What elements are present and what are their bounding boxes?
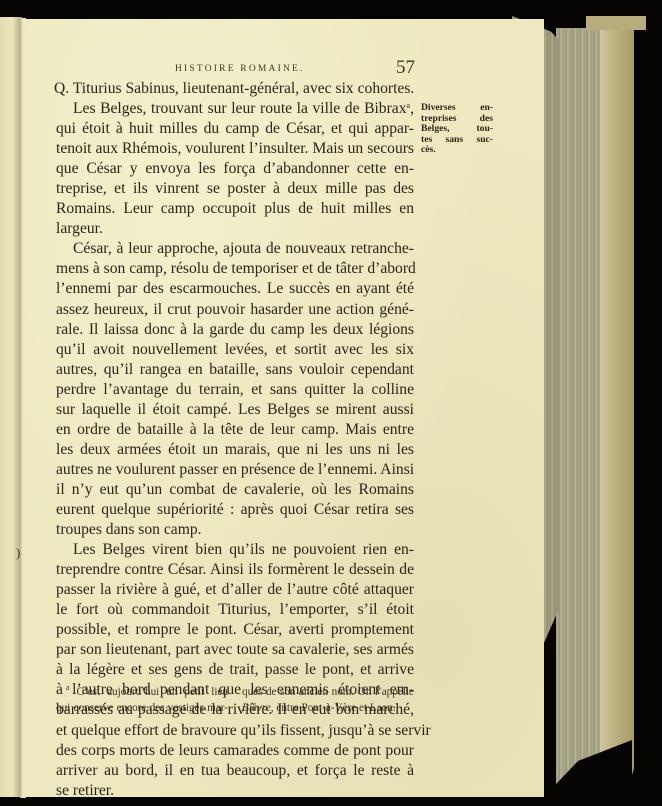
text-line-content: Les Belges, trouvant sur leur route la v…: [73, 100, 407, 117]
text-line: possible, et rompre le pont. César, aver…: [56, 620, 414, 640]
text-line: eurent quelque supériorité : après quoi …: [56, 500, 414, 520]
footnote-line-content: , entre Pont-à-Vère et Laon.: [271, 702, 396, 714]
text-line: treprendre contre César. Ainsi ils formè…: [56, 560, 414, 580]
text-line: mens à son camp, résolu de temporiser et…: [56, 259, 414, 279]
text-line: qu’il avoit nouvellement levées, et sort…: [56, 340, 414, 360]
text-line: rale. Il laissa donc à la garde du camp …: [56, 320, 414, 340]
text-line: treprise, et ils vinrent se poster à deu…: [56, 179, 414, 199]
text-line: perdre l’avantage du terrain, et sans qu…: [56, 380, 414, 400]
text-line: tenoit aux Rhémois, voulurent l’insulter…: [56, 139, 414, 159]
footnote-column-2: qués de son ancien nom. On l’appelle Biè…: [242, 684, 414, 716]
place-name-italic: Bièvre: [242, 702, 271, 714]
text-line: par son lieutenant, part avec toute sa c…: [56, 640, 414, 660]
text-line: autres, qu’il rangea en bataille, sans v…: [56, 360, 414, 380]
margin-note-line: cès.: [421, 145, 493, 156]
running-head: HISTOIRE ROMAINE.: [175, 64, 305, 74]
margin-note-line: Diverses en-: [421, 103, 493, 114]
text-line: le fort où commandoit Titurius, l’emport…: [56, 600, 414, 620]
footnotes: a C’est aujourd’hui un petit lieu qui co…: [56, 684, 414, 716]
text-line: Romains. Leur camp occupoit plus de huit…: [56, 199, 414, 219]
text-line: assez heureux, il crut pouvoir hasarder …: [56, 300, 414, 320]
footnote-line-content: C’est aujourd’hui un petit lieu: [77, 686, 228, 698]
text-line: et quelque effort de bravoure qu’ils fis…: [56, 721, 414, 741]
text-line: à la légère et ses gens de trait, passe …: [56, 660, 414, 680]
book-cover-edge: [600, 16, 634, 786]
text-line: en ordre de bataille à la tête de leur c…: [56, 420, 414, 440]
text-line: Les Belges virent bien qu’ils ne pouvoie…: [56, 540, 414, 560]
text-line: il n’y eut qu’un combat de cavalerie, où…: [56, 480, 414, 500]
book-scan: ) HISTOIRE ROMAINE. 57 Q. Titurius Sabin…: [0, 0, 662, 806]
footnote-line: qués de son ancien nom. On l’appelle: [242, 684, 414, 700]
text-line: autres ne voulurent passer en présence d…: [56, 460, 414, 480]
text-line: sur laquelle il étoit campé. Les Belges …: [56, 400, 414, 420]
text-line: arriver au bord, il en tua beaucoup, et …: [56, 761, 414, 781]
text-line: l’ennemi par des escarmouches. Le succès…: [56, 279, 414, 299]
text-line: qui étoit à huit milles du camp de César…: [56, 119, 414, 139]
footnote-marker: a: [66, 683, 70, 692]
text-line: se retirer.: [56, 781, 414, 801]
footnote-line: Bièvre, entre Pont-à-Vère et Laon.: [242, 700, 414, 716]
footnote-marker-suffix: ,: [410, 100, 414, 117]
text-line: largeur.: [56, 219, 414, 239]
text-line: troupes dans son camp.: [56, 520, 414, 540]
footnote-column-1: a C’est aujourd’hui un petit lieu qui co…: [56, 684, 228, 716]
footnote-line: qui conserve encore des vestiges mar-: [56, 700, 228, 716]
footnote-line: a C’est aujourd’hui un petit lieu: [56, 684, 228, 700]
text-line: les deux armées étoit un marais, que ni …: [56, 440, 414, 460]
previous-page-strip: ): [0, 17, 22, 797]
text-line: Q. Titurius Sabinus, lieutenant-général,…: [54, 79, 414, 99]
text-line: des corps morts de leurs camarades comme…: [56, 741, 414, 761]
text-line: César, à leur approche, ajouta de nouvea…: [56, 239, 414, 259]
text-line: que César y envoya les força d’abandonne…: [56, 159, 414, 179]
margin-note: Diverses en- treprises des Belges, tou- …: [421, 103, 493, 156]
page-number: 57: [396, 57, 415, 79]
text-line: passer la rivière à gué, et d’aller de l…: [56, 580, 414, 600]
text-line: Les Belges, trouvant sur leur route la v…: [56, 99, 414, 119]
